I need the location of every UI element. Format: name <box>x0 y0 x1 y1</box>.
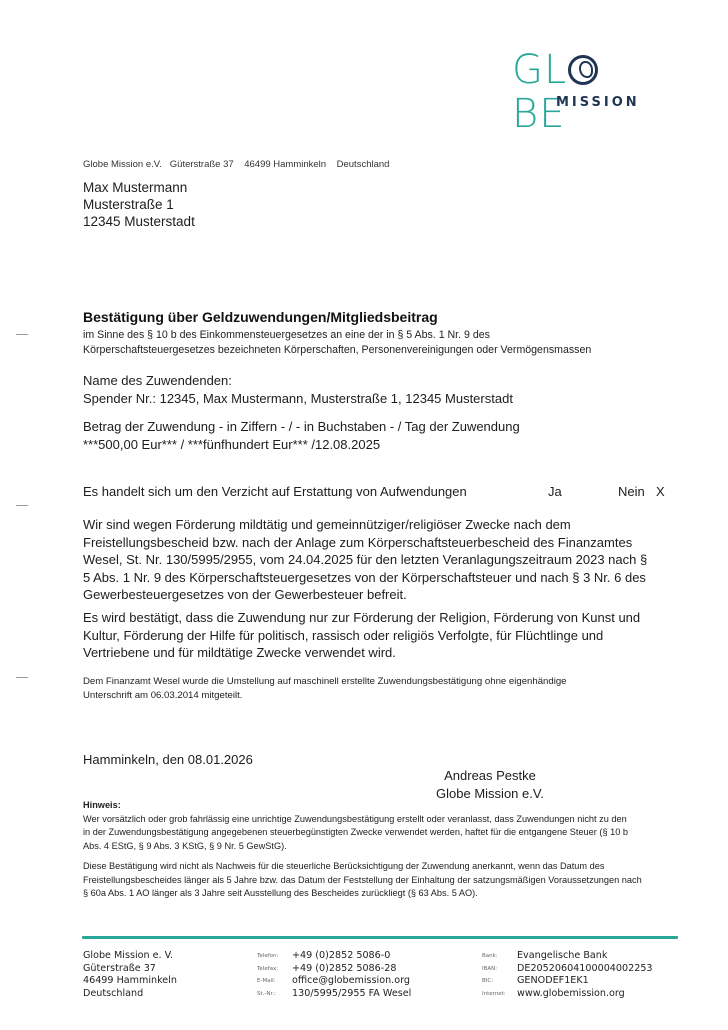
document-subtitle: im Sinne des § 10 b des Einkommensteuerg… <box>83 328 703 358</box>
footer-contact-labels: Telefon: Telefax: E-Mail: St.-Nr.: <box>257 950 278 1000</box>
recipient-city: 12345 Musterstadt <box>83 213 195 230</box>
recipient-address: Max Mustermann Musterstraße 1 12345 Must… <box>83 179 195 230</box>
recipient-street: Musterstraße 1 <box>83 196 195 213</box>
fold-mark <box>16 677 28 678</box>
footer-address: Globe Mission e. V. Güterstraße 37 46499… <box>83 950 177 1000</box>
note-line: Unterschrift am 06.03.2014 mitgeteilt. <box>83 689 703 703</box>
fax-value: +49 (0)2852 5086-28 <box>292 963 411 976</box>
logo-letter-g: G <box>512 47 544 93</box>
globe-icon <box>568 55 598 85</box>
globe-mission-logo: GLBE MISSION <box>512 48 652 114</box>
paragraph-line: Gewerbesteuergesetzes von der Gewerbeste… <box>83 586 703 604</box>
subtitle-line: im Sinne des § 10 b des Einkommensteuerg… <box>83 328 703 343</box>
document-title: Bestätigung über Geldzuwendungen/Mitglie… <box>83 309 438 325</box>
notice-line: Abs. 4 EStG, § 9 Abs. 3 KStG, § 9 Nr. 5 … <box>83 840 713 854</box>
paragraph-line: Wir sind wegen Förderung mildtätig und g… <box>83 516 703 534</box>
waiver-no-label: Nein <box>618 483 645 501</box>
note-line: Dem Finanzamt Wesel wurde die Umstellung… <box>83 675 703 689</box>
footer-address-line: Globe Mission e. V. <box>83 950 177 963</box>
donor-section: Name des Zuwendenden: Spender Nr.: 12345… <box>83 372 513 407</box>
footer-contact-values: +49 (0)2852 5086-0 +49 (0)2852 5086-28 o… <box>292 950 411 1000</box>
email-label: E-Mail: <box>257 975 278 988</box>
fax-label: Telefax: <box>257 963 278 976</box>
logo-wordmark: GLBE <box>512 48 652 136</box>
footer-divider <box>82 936 678 939</box>
paragraph-line: Freistellungsbescheid bzw. nach der Anla… <box>83 534 703 552</box>
subtitle-line: Körperschaftsteuergesetzes bezeichneten … <box>83 343 703 358</box>
notice-paragraph-2: Diese Bestätigung wird nicht als Nachwei… <box>83 860 713 901</box>
phone-value: +49 (0)2852 5086-0 <box>292 950 411 963</box>
internet-label: Internet: <box>482 988 506 1001</box>
paragraph-line: Kultur, Förderung der Hilfe für politisc… <box>83 627 703 645</box>
footer-address-line: Deutschland <box>83 988 177 1001</box>
bic-value: GENODEF1EK1 <box>517 975 653 988</box>
place-date: Hamminkeln, den 08.01.2026 <box>83 751 253 769</box>
amount-value: ***500,00 Eur*** / ***fünfhundert Eur***… <box>83 436 520 454</box>
machine-signature-note: Dem Finanzamt Wesel wurde die Umstellung… <box>83 675 703 703</box>
footer-address-line: 46499 Hamminkeln <box>83 975 177 988</box>
bank-value: Evangelische Bank <box>517 950 653 963</box>
footer-bank-values: Evangelische Bank DE20520604100004002253… <box>517 950 653 1000</box>
waiver-no-mark: X <box>656 483 665 501</box>
notice-line: Diese Bestätigung wird nicht als Nachwei… <box>83 860 713 874</box>
amount-label: Betrag der Zuwendung - in Ziffern - / - … <box>83 418 520 436</box>
footer-bank-labels: Bank: IBAN: BIC: Internet: <box>482 950 506 1000</box>
notice-line: Freistellungsbescheides länger als 5 Jah… <box>83 874 713 888</box>
sender-return-line: Globe Mission e.V. Güterstraße 37 46499 … <box>83 159 389 170</box>
iban-label: IBAN: <box>482 963 506 976</box>
website-link[interactable]: www.globemission.org <box>517 988 653 1001</box>
paragraph-line: Vertriebene und für mildtätige Zwecke ve… <box>83 644 703 662</box>
email-link[interactable]: office@globemission.org <box>292 975 411 988</box>
donor-value: Spender Nr.: 12345, Max Mustermann, Must… <box>83 390 513 408</box>
tax-number-label: St.-Nr.: <box>257 988 278 1001</box>
donor-label: Name des Zuwendenden: <box>83 372 513 390</box>
exemption-paragraph: Wir sind wegen Förderung mildtätig und g… <box>83 516 703 604</box>
amount-section: Betrag der Zuwendung - in Ziffern - / - … <box>83 418 520 453</box>
bic-label: BIC: <box>482 975 506 988</box>
notice-line: Wer vorsätzlich oder grob fahrlässig ein… <box>83 813 713 827</box>
notice-heading: Hinweis: <box>83 799 713 813</box>
purpose-paragraph: Es wird bestätigt, dass die Zuwendung nu… <box>83 609 703 662</box>
footer-address-line: Güterstraße 37 <box>83 963 177 976</box>
logo-subtitle: MISSION <box>556 95 640 110</box>
waiver-yes-label: Ja <box>548 483 562 501</box>
fold-mark <box>16 334 28 335</box>
phone-label: Telefon: <box>257 950 278 963</box>
fold-mark <box>16 505 28 506</box>
notice-paragraph-1: Wer vorsätzlich oder grob fahrlässig ein… <box>83 813 713 854</box>
paragraph-line: Es wird bestätigt, dass die Zuwendung nu… <box>83 609 703 627</box>
tax-number-value: 130/5995/2955 FA Wesel <box>292 988 411 1001</box>
recipient-name: Max Mustermann <box>83 179 195 196</box>
paragraph-line: Wesel, St. Nr. 130/5995/2955, vom 24.04.… <box>83 551 703 569</box>
bank-label: Bank: <box>482 950 506 963</box>
notice-line: § 60a Abs. 1 AO länger als 3 Jahre seit … <box>83 887 713 901</box>
paragraph-line: 5 Abs. 1 Nr. 9 des Körperschaftsteuerges… <box>83 569 703 587</box>
signature-block: Andreas Pestke Globe Mission e.V. <box>400 767 580 802</box>
notice-section: Hinweis: Wer vorsätzlich oder grob fahrl… <box>83 799 713 901</box>
iban-value: DE20520604100004002253 <box>517 963 653 976</box>
notice-line: in der Zuwendungsbestätigung angegebenen… <box>83 826 713 840</box>
logo-letter-l: L <box>544 47 567 93</box>
waiver-question: Es handelt sich um den Verzicht auf Erst… <box>83 483 467 501</box>
signatory-name: Andreas Pestke <box>400 767 580 785</box>
